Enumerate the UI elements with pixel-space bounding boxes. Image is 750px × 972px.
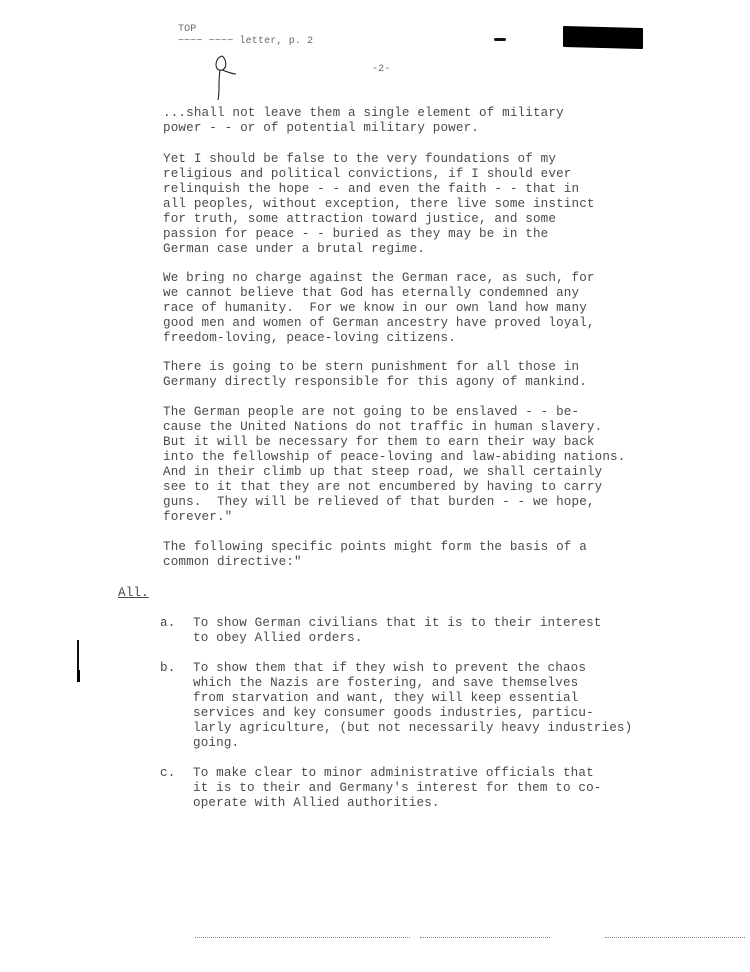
list-line: services and key consumer goods industri…: [193, 706, 594, 721]
paragraph-line: The German people are not going to be en…: [163, 405, 579, 420]
list-line: going.: [193, 736, 239, 751]
list-marker: b.: [160, 661, 175, 676]
paragraph-line: ...shall not leave them a single element…: [163, 106, 564, 121]
redaction-block: [563, 26, 643, 49]
paragraph-line: We bring no charge against the German ra…: [163, 271, 595, 286]
list-marker: c.: [160, 766, 175, 781]
list-line: larly agriculture, (but not necessarily …: [193, 721, 632, 736]
paragraph-line: good men and women of German ancestry ha…: [163, 316, 595, 331]
handwritten-initials-icon: [208, 52, 248, 102]
paragraph-line: But it will be necessary for them to ear…: [163, 435, 595, 450]
paragraph-line: into the fellowship of peace-loving and …: [163, 450, 625, 465]
list-marker: a.: [160, 616, 175, 631]
paragraph-line: forever.": [163, 510, 232, 525]
list-line: which the Nazis are fostering, and save …: [193, 676, 578, 691]
paragraph-line: religious and political convictions, if …: [163, 167, 572, 182]
footer-scan-artifact: [605, 937, 745, 940]
pen-mark: [494, 38, 506, 41]
paragraph-line: all peoples, without exception, there li…: [163, 197, 595, 212]
paragraph-line: passion for peace - - buried as they may…: [163, 227, 548, 242]
paragraph-line: cause the United Nations do not traffic …: [163, 420, 602, 435]
paragraph-line: common directive:": [163, 555, 302, 570]
list-line: from starvation and want, they will keep…: [193, 691, 578, 706]
list-line: To show them that if they wish to preven…: [193, 661, 586, 676]
paragraph-line: freedom-loving, peace-loving citizens.: [163, 331, 456, 346]
footer-scan-artifact: [195, 937, 410, 940]
paragraph-line: relinquish the hope - - and even the fai…: [163, 182, 579, 197]
paragraph-line: Yet I should be false to the very founda…: [163, 152, 556, 167]
paragraph-line: The following specific points might form…: [163, 540, 587, 555]
paragraph-line: we cannot believe that God has eternally…: [163, 286, 579, 301]
header-classification: TOP: [178, 24, 196, 36]
page-number: -2-: [372, 64, 390, 76]
margin-mark: [77, 670, 80, 682]
paragraph-line: German case under a brutal regime.: [163, 242, 425, 257]
paragraph-line: race of humanity. For we know in our own…: [163, 301, 587, 316]
paragraph-line: power - - or of potential military power…: [163, 121, 479, 136]
paragraph-line: guns. They will be relieved of that burd…: [163, 495, 595, 510]
section-heading: All.: [118, 586, 149, 601]
paragraph-line: And in their climb up that steep road, w…: [163, 465, 602, 480]
list-line: operate with Allied authorities.: [193, 796, 440, 811]
list-line: to obey Allied orders.: [193, 631, 363, 646]
document-page: TOP ~~~~ ~~~~ letter, p. 2 -2- ...shall …: [0, 0, 750, 972]
paragraph-line: There is going to be stern punishment fo…: [163, 360, 579, 375]
paragraph-line: for truth, some attraction toward justic…: [163, 212, 556, 227]
paragraph-line: see to it that they are not encumbered b…: [163, 480, 602, 495]
footer-scan-artifact: [420, 937, 550, 940]
list-line: To show German civilians that it is to t…: [193, 616, 602, 631]
paragraph-line: Germany directly responsible for this ag…: [163, 375, 587, 390]
list-line: To make clear to minor administrative of…: [193, 766, 594, 781]
list-line: it is to their and Germany's interest fo…: [193, 781, 602, 796]
header-reference: ~~~~ ~~~~ letter, p. 2: [178, 36, 313, 48]
